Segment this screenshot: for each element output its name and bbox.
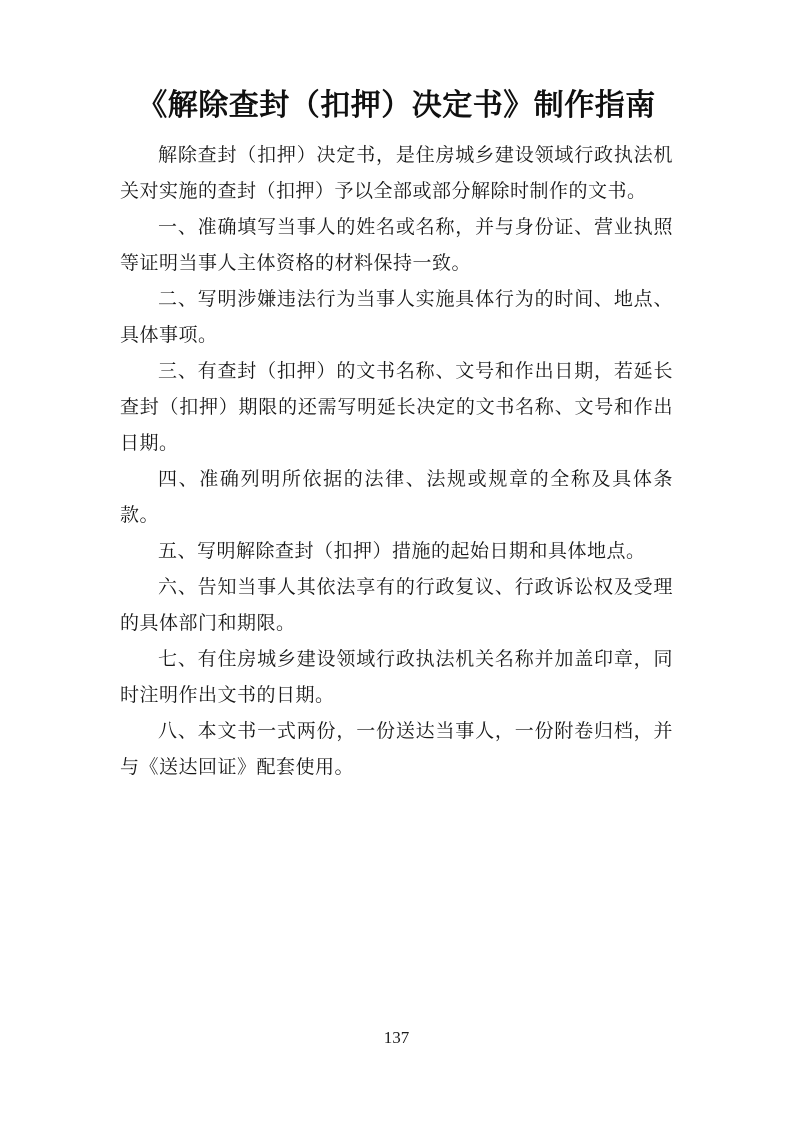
paragraph-item-4: 四、准确列明所依据的法律、法规或规章的全称及具体条款。: [120, 462, 673, 534]
document-page: 《解除查封（扣押）决定书》制作指南 解除查封（扣押）决定书，是住房城乡建设领域行…: [0, 0, 793, 1122]
paragraph-item-5: 五、写明解除查封（扣押）措施的起始日期和具体地点。: [120, 534, 673, 570]
paragraph-item-2: 二、写明涉嫌违法行为当事人实施具体行为的时间、地点、具体事项。: [120, 282, 673, 354]
document-body: 解除查封（扣押）决定书，是住房城乡建设领域行政执法机关对实施的查封（扣押）予以全…: [120, 138, 673, 786]
paragraph-item-8: 八、本文书一式两份，一份送达当事人，一份附卷归档，并与《送达回证》配套使用。: [120, 714, 673, 786]
page-title: 《解除查封（扣押）决定书》制作指南: [0, 0, 793, 128]
paragraph-intro: 解除查封（扣押）决定书，是住房城乡建设领域行政执法机关对实施的查封（扣押）予以全…: [120, 138, 673, 210]
paragraph-item-7: 七、有住房城乡建设领域行政执法机关名称并加盖印章，同时注明作出文书的日期。: [120, 642, 673, 714]
paragraph-item-6: 六、告知当事人其依法享有的行政复议、行政诉讼权及受理的具体部门和期限。: [120, 570, 673, 642]
paragraph-item-1: 一、准确填写当事人的姓名或名称，并与身份证、营业执照等证明当事人主体资格的材料保…: [120, 210, 673, 282]
page-number: 137: [0, 1026, 793, 1050]
paragraph-item-3: 三、有查封（扣押）的文书名称、文号和作出日期，若延长查封（扣押）期限的还需写明延…: [120, 354, 673, 462]
